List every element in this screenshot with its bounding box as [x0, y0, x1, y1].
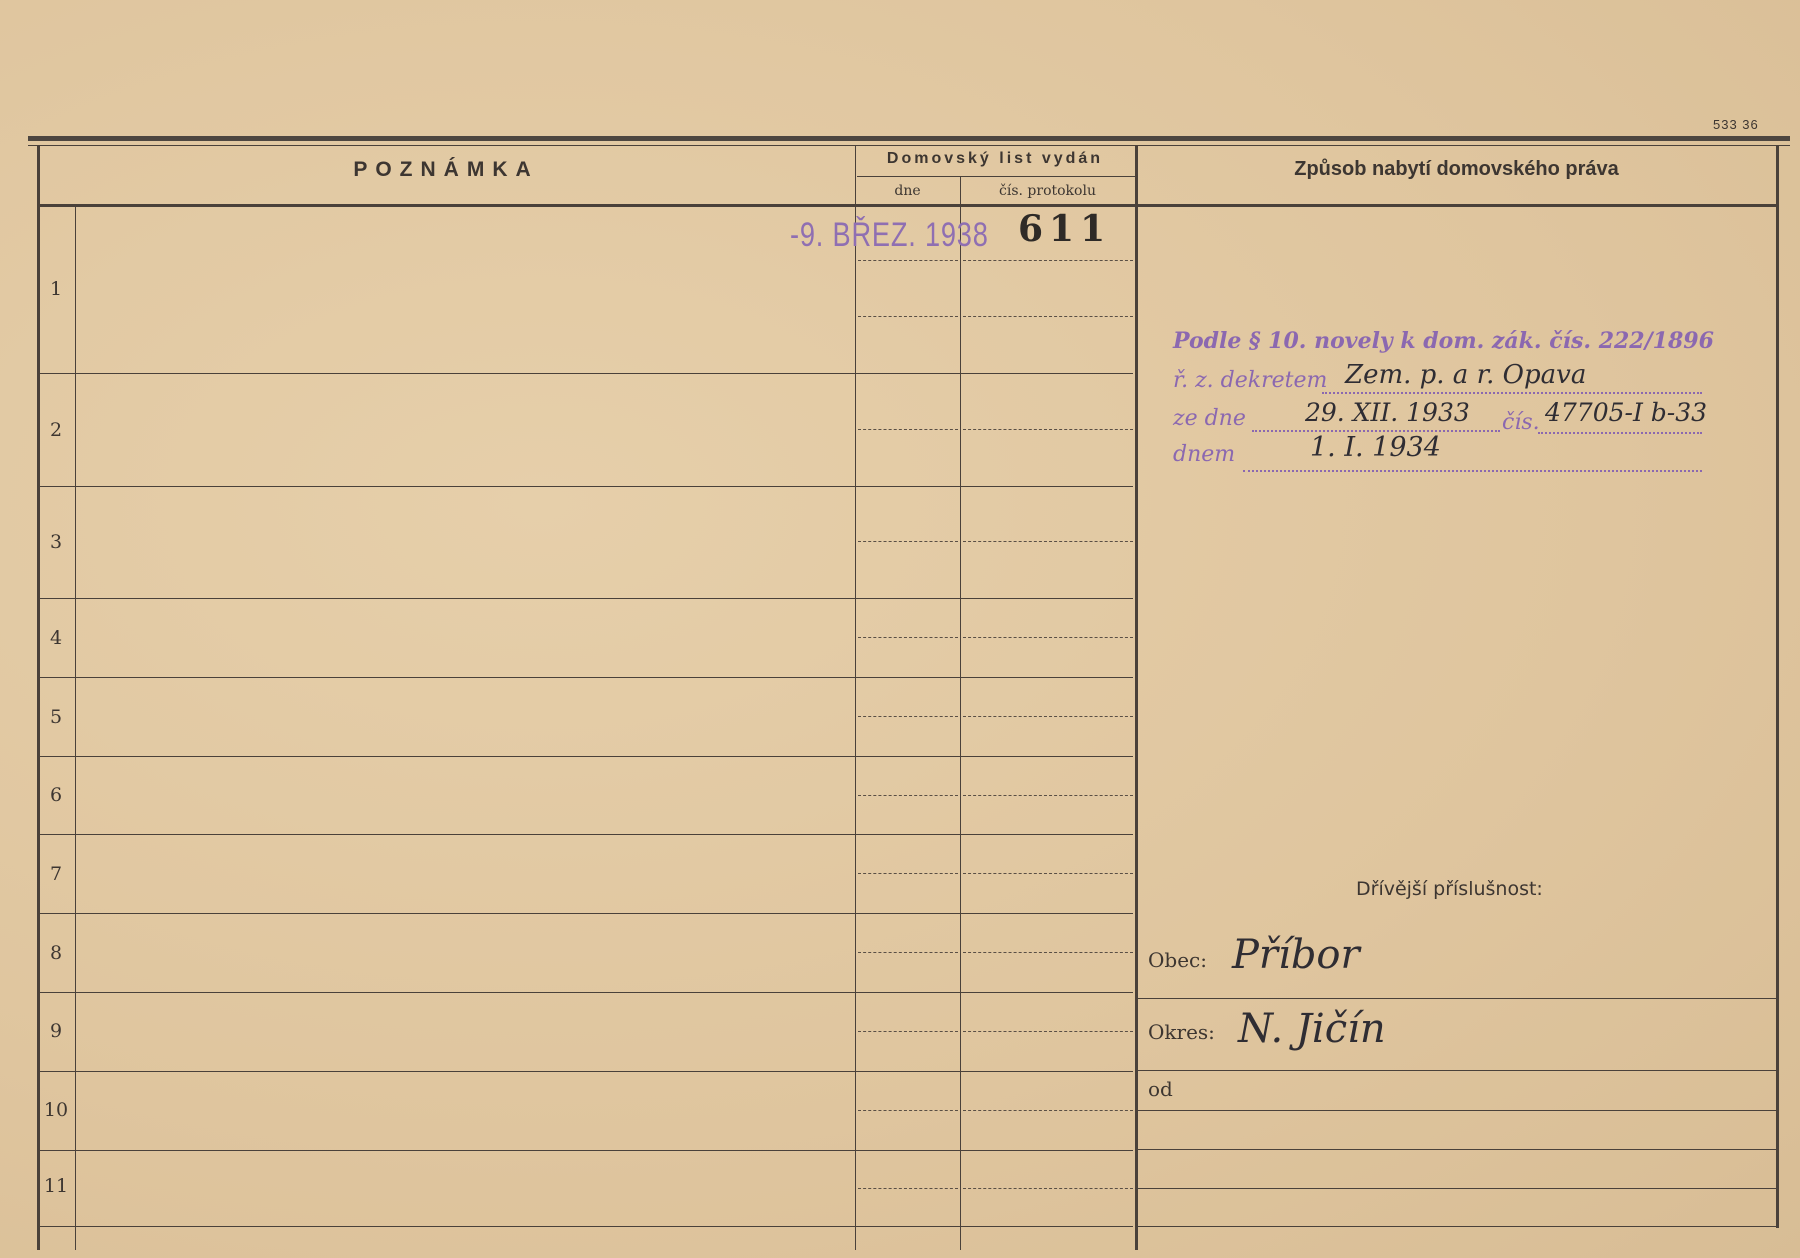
row-number: 9 — [37, 1020, 75, 1042]
obec-label: Obec: — [1148, 948, 1207, 972]
decree-dotted-line — [1322, 392, 1702, 394]
date-stamp: -9. BŘEZ. 1938 — [790, 216, 989, 255]
row-number: 3 — [37, 531, 75, 553]
rownum-divider — [75, 207, 76, 1250]
row-number: 7 — [37, 863, 75, 885]
obec-value: Příbor — [1232, 932, 1360, 978]
top-thick-rule — [28, 136, 1790, 141]
row-number: 2 — [37, 419, 75, 441]
row-number: 6 — [37, 784, 75, 806]
poznamka-divider — [855, 146, 856, 1250]
date-section-divider — [1135, 146, 1138, 1250]
top-thin-rule — [28, 145, 1790, 146]
decree-number-value: 47705-I b-33 — [1545, 398, 1707, 427]
acquisition-law-line: Podle § 10. novely k dom. zák. čís. 222/… — [1173, 328, 1714, 354]
header-bottom-rule — [40, 204, 1777, 207]
right-line — [1138, 1149, 1776, 1150]
form-code: 533 36 — [1713, 117, 1759, 132]
row-number: 4 — [37, 627, 75, 649]
decree-label: ř. z. dekretem — [1173, 368, 1327, 393]
okres-label: Okres: — [1148, 1020, 1215, 1044]
protocol-number: 611 — [1018, 208, 1111, 250]
previous-belonging-title: Dřívější příslušnost: — [1356, 878, 1543, 900]
effective-date-label: dnem — [1173, 442, 1235, 467]
effective-date-value: 1. I. 1934 — [1310, 432, 1441, 463]
right-line — [1138, 1226, 1776, 1227]
row-number: 8 — [37, 942, 75, 964]
effective-date-dotted-line — [1243, 470, 1702, 472]
row-number: 5 — [37, 706, 75, 728]
obec-line — [1138, 998, 1776, 999]
od-label: od — [1148, 1077, 1173, 1101]
header-zpusob-nabyti: Způsob nabytí domovského práva — [1135, 158, 1778, 181]
header-cis-protokolu: čís. protokolu — [960, 183, 1135, 199]
header-poznamka: POZNÁMKA — [37, 158, 855, 182]
row-number: 11 — [37, 1175, 75, 1197]
row-number: 1 — [37, 278, 75, 300]
dne-divider — [960, 176, 961, 1250]
header-domovsky-list: Domovský list vydán — [855, 150, 1135, 168]
left-border — [37, 146, 40, 1250]
header-dne: dne — [855, 183, 960, 199]
od-line — [1138, 1110, 1776, 1111]
right-line — [1138, 1188, 1776, 1189]
row-number: 10 — [37, 1099, 75, 1121]
header-sub-rule — [857, 176, 1135, 177]
decree-value: Zem. p. a r. Opava — [1345, 360, 1586, 390]
decree-number-label: čís. — [1502, 410, 1540, 435]
decree-number-dotted-line — [1538, 432, 1702, 434]
date-label: ze dne — [1173, 406, 1246, 431]
okres-value: N. Jičín — [1238, 1006, 1386, 1052]
decree-date-value: 29. XII. 1933 — [1305, 398, 1470, 427]
okres-line — [1138, 1070, 1776, 1071]
right-border — [1776, 146, 1779, 1228]
